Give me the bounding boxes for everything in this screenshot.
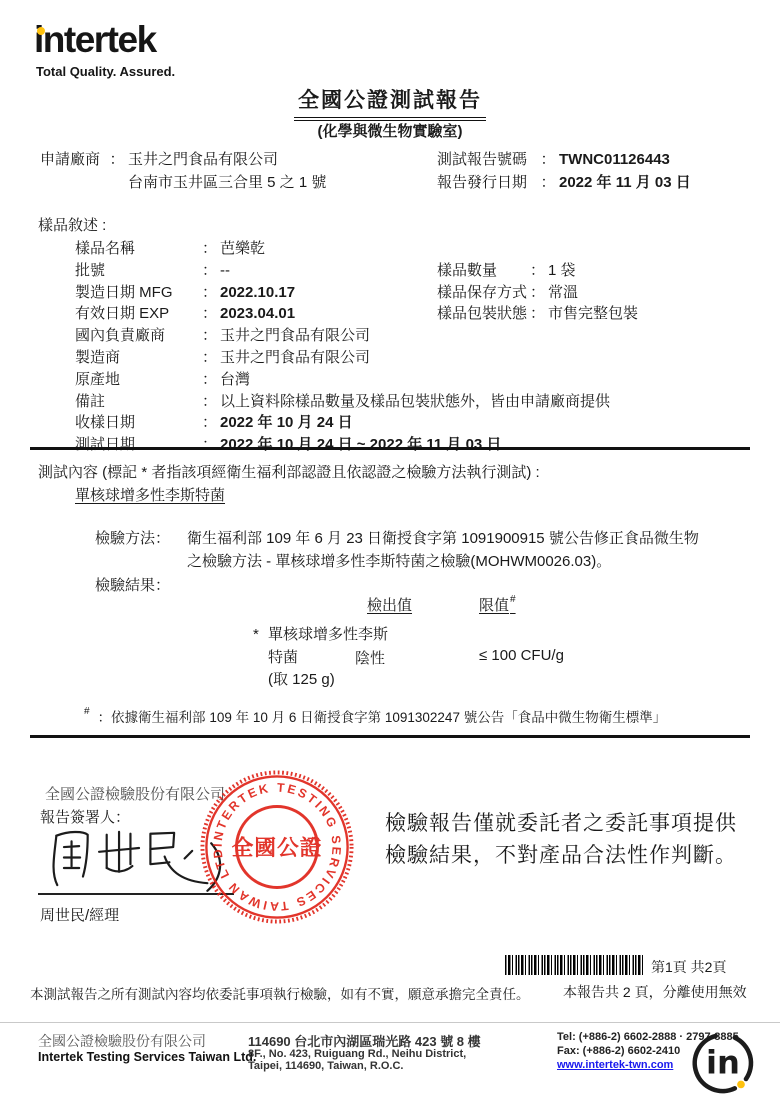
colon: ： <box>202 325 220 347</box>
footnote-text: ：依據衛生福利部 109 年 10 月 6 日衛授食字第 1091302247 … <box>98 710 667 725</box>
sample-row: 樣品保存方式 ： 常溫 <box>437 282 638 304</box>
colon: ： <box>202 347 220 369</box>
field-label: 收樣日期 <box>75 412 202 434</box>
detected-value: 陰性 <box>355 647 385 668</box>
column-header-detected: 檢出值 <box>367 594 412 615</box>
field-value: 以上資料除樣品數量及樣品包裝狀態外，皆由申請廠商提供 <box>220 391 610 413</box>
brand-tagline: Total Quality. Assured. <box>36 64 175 79</box>
field-label: 國內負責廠商 <box>75 325 202 347</box>
brand-yellow-dot-icon <box>37 27 45 35</box>
disclaimer-line-2: 檢驗結果，不對產品合法性作判斷。 <box>385 840 737 872</box>
method-block: 檢驗方法： 衛生福利部 109 年 6 月 23 日衛授食字第 10919009… <box>95 527 699 573</box>
colon: ： <box>202 369 220 391</box>
sample-row: 收樣日期 ： 2022 年 10 月 24 日 <box>75 412 610 434</box>
sample-section-heading: 樣品敘述 : <box>38 214 106 235</box>
field-label: 原產地 <box>75 369 202 391</box>
colon: ： <box>202 303 220 325</box>
footer-company-zh: 全國公證檢驗股份有限公司 <box>38 1031 206 1051</box>
sample-row: 樣品名稱 ： 芭樂乾 <box>75 238 610 260</box>
test-report-page: intertek Total Quality. Assured. 全國公證測試報… <box>0 0 780 1104</box>
field-label: 樣品保存方式 <box>437 282 530 304</box>
limit-text: 限值 <box>479 597 509 614</box>
column-header-limit: 限值# <box>479 594 515 615</box>
intertek-in-icon: in <box>688 1028 758 1098</box>
sample-row: 製造商 ： 玉井之門食品有限公司 <box>75 347 610 369</box>
sample-row: 原產地 ： 台灣 <box>75 369 610 391</box>
footer-divider <box>0 1022 780 1023</box>
limit-value: ≤ 100 CFU/g <box>479 647 564 664</box>
field-value: 玉井之門食品有限公司 <box>220 325 370 347</box>
colon: ： <box>202 260 220 282</box>
footer-website-link[interactable]: www.intertek-twn.com <box>557 1059 673 1071</box>
barcode <box>505 955 643 975</box>
field-label: 測試報告號碼 <box>437 148 537 171</box>
footer-company-en: Intertek Testing Services Taiwan Ltd. <box>38 1050 256 1064</box>
applicant-name: 玉井之門食品有限公司 <box>128 148 278 171</box>
method-line: 之檢驗方法 - 單核球增多性李斯特菌之檢驗(MOHWM0026.03)。 <box>187 550 699 573</box>
colon: ： <box>530 282 548 304</box>
sample-row: 國內負責廠商 ： 玉井之門食品有限公司 <box>75 325 610 347</box>
field-value: 玉井之門食品有限公司 <box>220 347 370 369</box>
field-label: 測試日期 <box>75 434 202 456</box>
field-label: 申請廠商 <box>40 148 106 171</box>
field-value: 2022 年 10 月 24 日 <box>220 412 353 434</box>
report-no: TWNC01126443 <box>559 148 670 171</box>
intertek-wordmark: intertek <box>34 18 156 62</box>
field-label: 樣品包裝狀態 <box>437 303 530 325</box>
colon: ： <box>537 171 559 194</box>
sample-row: 備註 ： 以上資料除樣品數量及樣品包裝狀態外，皆由申請廠商提供 <box>75 391 610 413</box>
issue-date: 2022 年 11 月 03 日 <box>559 171 691 194</box>
limit-footnote: #：依據衛生福利部 109 年 10 月 6 日衛授食字第 1091302247… <box>84 706 666 726</box>
issue-date-row: 報告發行日期 ： 2022 年 11 月 03 日 <box>437 171 691 194</box>
applicant-address: 台南市玉井區三合里 5 之 1 號 <box>128 171 326 194</box>
method-text: 衛生福利部 109 年 6 月 23 日衛授食字第 1091900915 號公告… <box>187 527 699 573</box>
colon: ： <box>537 148 559 171</box>
field-label: 報告發行日期 <box>437 171 537 194</box>
field-value: 2023.04.01 <box>220 303 295 325</box>
applicant-row: 申請廠商 ： 玉井之門食品有限公司 <box>40 148 326 171</box>
certified-star: * <box>253 624 268 647</box>
company-stamp: INTERTEK TESTING SERVICES TAIWAN LTD. 全國… <box>198 768 356 926</box>
svg-text:in: in <box>706 1044 740 1082</box>
declaration-text: 本測試報告之所有測試內容均依委託事項執行檢驗，如有不實，願意承擔完全責任。 <box>30 983 530 1003</box>
field-value: -- <box>220 260 230 282</box>
colon: ： <box>530 260 548 282</box>
field-value: 2022 年 10 月 24 日 ~ 2022 年 11 月 03 日 <box>220 434 501 456</box>
analyte-name-1: 單核球增多性李斯 <box>268 626 388 643</box>
report-meta-block: 測試報告號碼 ： TWNC01126443 報告發行日期 ： 2022 年 11… <box>437 148 691 194</box>
page-number: 第1頁 共2頁 <box>651 957 726 977</box>
field-label: 製造商 <box>75 347 202 369</box>
field-value: 市售完整包裝 <box>548 303 638 325</box>
method-label: 檢驗方法： <box>95 527 187 573</box>
field-value: 1 袋 <box>548 260 576 282</box>
sample-row: 樣品數量 ： 1 袋 <box>437 260 638 282</box>
analyte-sample-size: (取 125 g) <box>268 669 388 692</box>
sample-fields-right: 樣品數量 ： 1 袋 樣品保存方式 ： 常溫 樣品包裝狀態 ： 市售完整包裝 <box>437 260 638 325</box>
footnote-mark: # <box>84 706 90 717</box>
field-value: 常溫 <box>548 282 578 304</box>
section-divider <box>30 447 750 450</box>
field-value: 芭樂乾 <box>220 238 265 260</box>
applicant-block: 申請廠商 ： 玉井之門食品有限公司 台南市玉井區三合里 5 之 1 號 <box>40 148 326 194</box>
colon: ： <box>106 148 128 171</box>
colon: ： <box>202 391 220 413</box>
field-label: 製造日期 MFG <box>75 282 202 304</box>
stamp-center-text: 全國公證 <box>232 835 323 860</box>
result-label: 檢驗結果： <box>95 574 170 595</box>
disclaimer-line-1: 檢驗報告僅就委託者之委託事項提供 <box>385 808 737 840</box>
field-label: 備註 <box>75 391 202 413</box>
field-label: 樣品數量 <box>437 260 530 282</box>
test-content-heading: 測試內容 (標記 * 者指該項經衛生福利部認證且依認證之檢驗方法執行測試) : <box>38 461 540 482</box>
colon: ： <box>202 412 220 434</box>
sample-row: 測試日期 ： 2022 年 10 月 24 日 ~ 2022 年 11 月 03… <box>75 434 610 456</box>
title-wrap: 全國公證測試報告 <box>0 84 780 121</box>
field-label: 批號 <box>75 260 202 282</box>
footer-address-en-1: 8F., No. 423, Ruiguang Rd., Neihu Distri… <box>248 1048 466 1060</box>
colon: ： <box>202 282 220 304</box>
limit-footnote-mark: # <box>510 594 516 605</box>
colon: ： <box>530 303 548 325</box>
field-label: 樣品名稱 <box>75 238 202 260</box>
section-divider <box>30 735 750 738</box>
colon: ： <box>202 238 220 260</box>
footer-address-en-2: Taipei, 114690, Taiwan, R.O.C. <box>248 1060 404 1072</box>
method-line: 衛生福利部 109 年 6 月 23 日衛授食字第 1091900915 號公告… <box>187 527 699 550</box>
report-title: 全國公證測試報告 <box>294 84 486 121</box>
disclaimer: 檢驗報告僅就委託者之委託事項提供 檢驗結果，不對產品合法性作判斷。 <box>385 808 737 872</box>
report-subtitle: (化學與微生物實驗室) <box>0 120 780 141</box>
field-label: 有效日期 EXP <box>75 303 202 325</box>
signer-name-title: 周世民/經理 <box>40 904 119 925</box>
report-no-row: 測試報告號碼 ： TWNC01126443 <box>437 148 691 171</box>
colon: ： <box>202 434 220 456</box>
sample-row: 樣品包裝狀態 ： 市售完整包裝 <box>437 303 638 325</box>
pages-note: 本報告共 2 頁，分離使用無效 <box>563 982 747 1002</box>
field-value: 台灣 <box>220 369 250 391</box>
analyte-line: *單核球增多性李斯 <box>253 624 388 647</box>
analyte-heading: 單核球增多性李斯特菌 <box>75 484 225 505</box>
field-value: 2022.10.17 <box>220 282 295 304</box>
